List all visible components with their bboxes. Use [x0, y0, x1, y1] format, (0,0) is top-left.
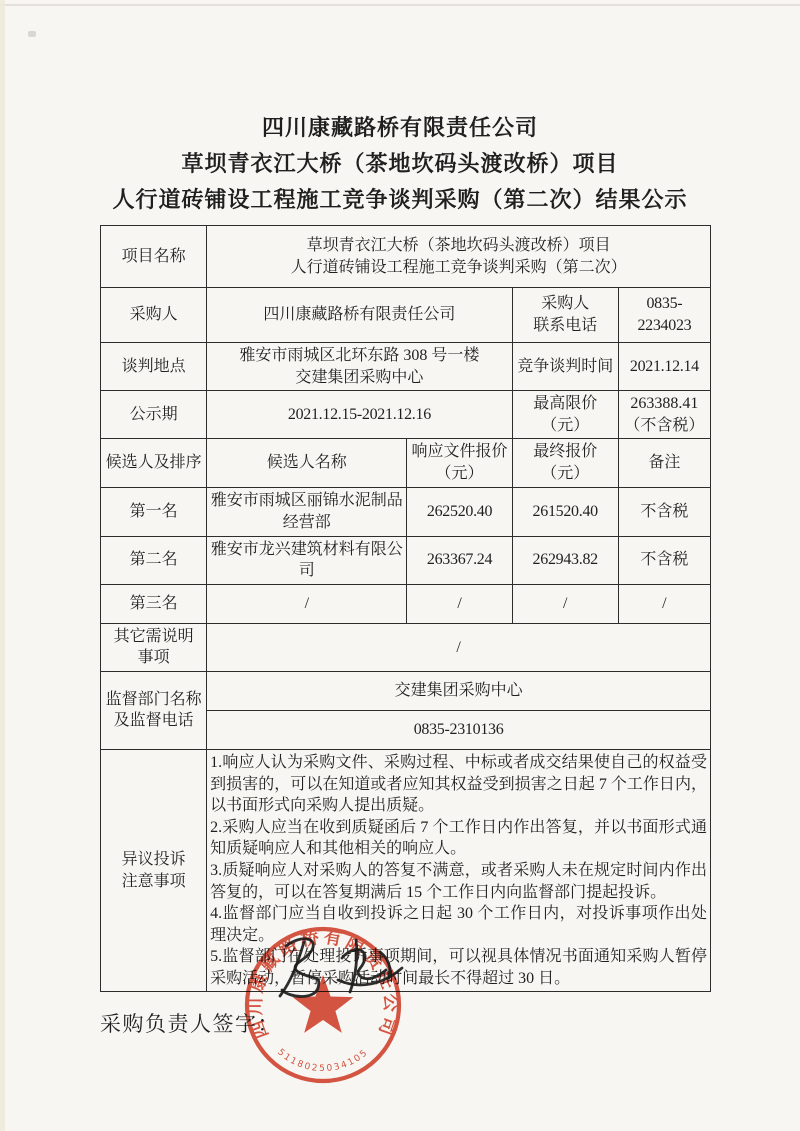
table-row-other-notes: 其它需说明 事项 / [101, 623, 711, 671]
candidate-name: / [207, 584, 407, 623]
project-name-label: 项目名称 [101, 226, 207, 288]
table-row-negotiation: 谈判地点 雅安市雨城区北环东路 308 号一楼 交建集团采购中心 竞争谈判时间 … [101, 343, 711, 391]
supervision-phone: 0835-2310136 [207, 710, 711, 749]
table-row-candidates-header: 候选人及排序 候选人名称 响应文件报价 （元） 最终报价 （元） 备注 [101, 439, 711, 487]
scan-edge-artifact [0, 0, 5, 1131]
publicity-period-value: 2021.12.15-2021.12.16 [207, 391, 512, 439]
header-note: 备注 [618, 439, 710, 487]
purchaser-label: 采购人 [101, 288, 207, 343]
negotiation-location-label: 谈判地点 [101, 343, 207, 391]
handwritten-signature [268, 928, 408, 1003]
header-bid-price: 响应文件报价 （元） [407, 439, 512, 487]
candidate-name: 雅安市龙兴建筑材料有限公司 [207, 536, 407, 584]
purchaser-name: 四川康藏路桥有限责任公司 [207, 288, 512, 343]
negotiation-time-label: 竞争谈判时间 [512, 343, 618, 391]
candidate-bid: 263367.24 [407, 536, 512, 584]
table-row-publicity: 公示期 2021.12.15-2021.12.16 最高限价 （元） 26338… [101, 391, 711, 439]
negotiation-time-value: 2021.12.14 [618, 343, 710, 391]
objection-item-1: 1.响应人认为采购文件、采购过程、中标或者成交结果使自己的权益受到损害的，可以在… [210, 752, 707, 817]
header-rank: 候选人及排序 [101, 439, 207, 487]
other-notes-value: / [207, 623, 711, 671]
purchaser-phone-value: 0835-2234023 [618, 288, 710, 343]
objection-item-2: 2.采购人应当在收到质疑函后 7 个工作日内作出答复，并以书面形式通知质疑响应人… [210, 817, 707, 860]
candidate-note: 不含税 [618, 536, 710, 584]
objection-item-3: 3.质疑响应人对采购人的答复不满意，或者采购人未在规定时间内作出答复的，可以在答… [210, 860, 707, 903]
document-page: 四川康藏路桥有限责任公司 草坝青衣江大桥（茶地坎码头渡改桥）项目 人行道砖铺设工… [0, 0, 800, 1131]
scan-smudge [28, 31, 36, 37]
document-title: 四川康藏路桥有限责任公司 草坝青衣江大桥（茶地坎码头渡改桥）项目 人行道砖铺设工… [0, 110, 800, 218]
table-row-candidate-3: 第三名 / / / / [101, 584, 711, 623]
candidate-final: / [512, 584, 618, 623]
candidate-note: / [618, 584, 710, 623]
candidate-final: 261520.40 [512, 487, 618, 536]
signature-stroke [338, 968, 402, 985]
header-final-price: 最终报价 （元） [512, 439, 618, 487]
result-table: 项目名称 草坝青衣江大桥（茶地坎码头渡改桥）项目 人行道砖铺设工程施工竞争谈判采… [100, 225, 711, 992]
signature-stroke [280, 942, 304, 996]
candidate-rank: 第二名 [101, 536, 207, 584]
max-price-value: 263388.41 （不含税） [618, 391, 710, 439]
candidate-bid: / [407, 584, 512, 623]
candidate-rank: 第一名 [101, 487, 207, 536]
table-row-candidate-2: 第二名 雅安市龙兴建筑材料有限公司 263367.24 262943.82 不含… [101, 536, 711, 584]
title-line-3: 人行道砖铺设工程施工竞争谈判采购（第二次）结果公示 [0, 182, 800, 218]
negotiation-location-value: 雅安市雨城区北环东路 308 号一楼 交建集团采购中心 [207, 343, 512, 391]
purchaser-phone-label: 采购人 联系电话 [512, 288, 618, 343]
max-price-label: 最高限价 （元） [512, 391, 618, 439]
seal-serial-text: 5118025034105 [275, 1047, 370, 1074]
table-row-candidate-1: 第一名 雅安市雨城区丽锦水泥制品经营部 262520.40 261520.40 … [101, 487, 711, 536]
supervision-department: 交建集团采购中心 [207, 671, 711, 710]
other-notes-label: 其它需说明 事项 [101, 623, 207, 671]
table-row-purchaser: 采购人 四川康藏路桥有限责任公司 采购人 联系电话 0835-2234023 [101, 288, 711, 343]
table-row-project-name: 项目名称 草坝青衣江大桥（茶地坎码头渡改桥）项目 人行道砖铺设工程施工竞争谈判采… [101, 226, 711, 288]
header-candidate-name: 候选人名称 [207, 439, 407, 487]
candidate-rank: 第三名 [101, 584, 207, 623]
candidate-final: 262943.82 [512, 536, 618, 584]
title-line-2: 草坝青衣江大桥（茶地坎码头渡改桥）项目 [0, 146, 800, 182]
signature-line: 采购负责人签字： [100, 1008, 800, 1038]
title-line-1: 四川康藏路桥有限责任公司 [0, 110, 800, 146]
candidate-name: 雅安市雨城区丽锦水泥制品经营部 [207, 487, 407, 536]
signature-stroke [282, 939, 319, 997]
table-row-supervision-dept: 监督部门名称 及监督电话 交建集团采购中心 [101, 671, 711, 710]
signature-stroke [342, 950, 386, 979]
project-name-value: 草坝青衣江大桥（茶地坎码头渡改桥）项目 人行道砖铺设工程施工竞争谈判采购（第二次… [207, 226, 711, 288]
supervision-label: 监督部门名称 及监督电话 [101, 671, 207, 749]
objection-label: 异议投诉 注意事项 [101, 749, 207, 992]
scan-edge-artifact [0, 4, 800, 6]
candidate-note: 不含税 [618, 487, 710, 536]
publicity-period-label: 公示期 [101, 391, 207, 439]
candidate-bid: 262520.40 [407, 487, 512, 536]
sign-label: 采购负责人签字： [100, 1012, 280, 1036]
